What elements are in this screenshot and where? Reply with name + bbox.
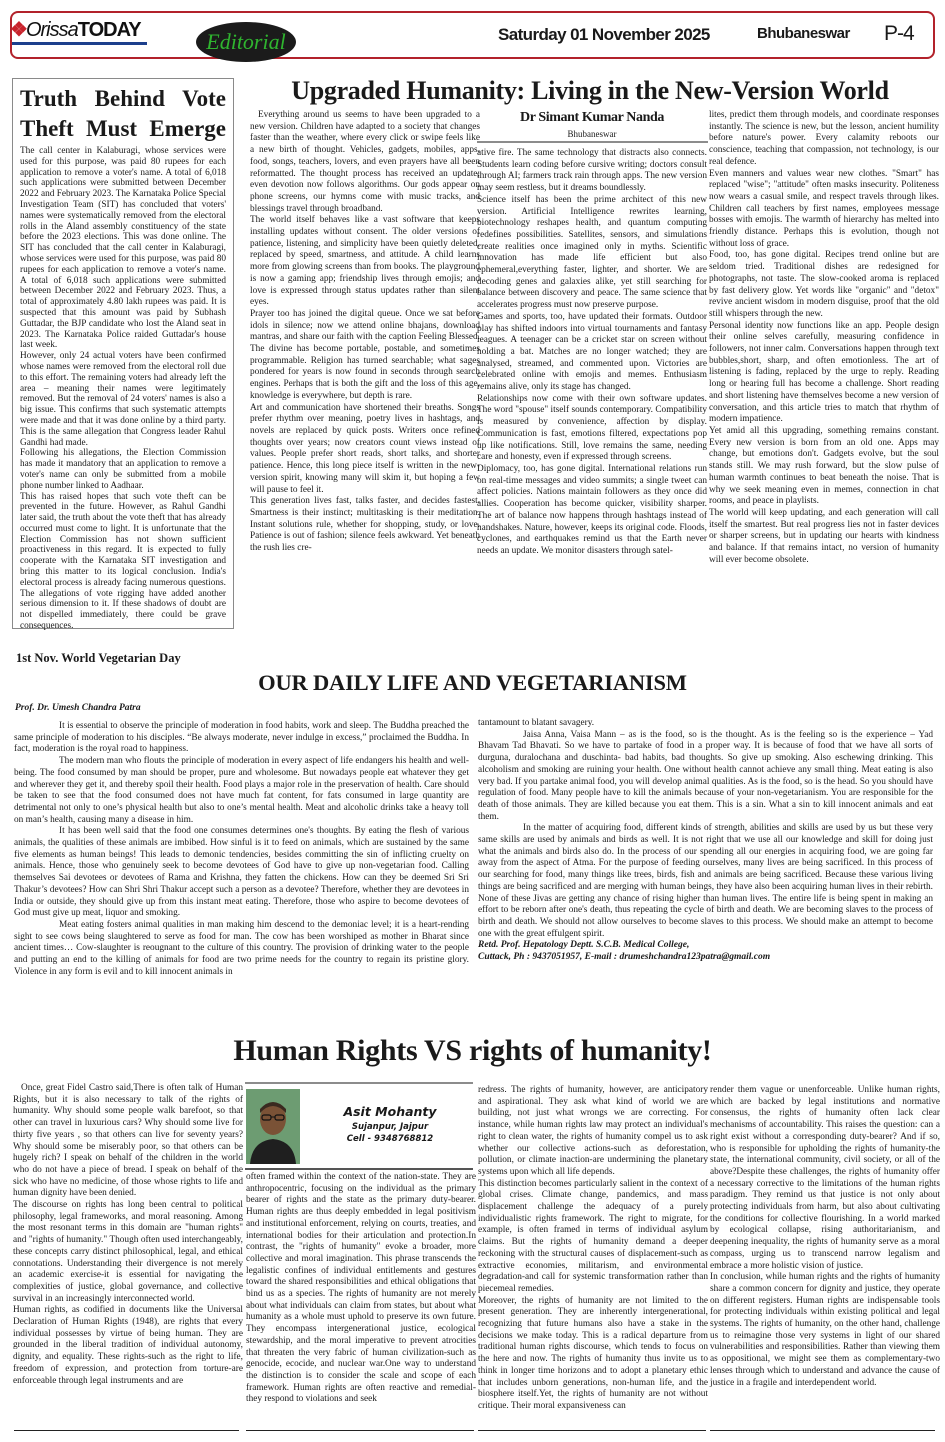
article-paragraph: In the matter of acquiring food, differe…	[478, 823, 933, 940]
editorial-paragraph: This has raised hopes that such vote the…	[20, 492, 226, 632]
article-paragraph: often framed within the context of the n…	[246, 1172, 476, 1406]
article-headline-upgraded: Upgraded Humanity: Living in the New-Ver…	[240, 76, 940, 106]
article-paragraph: Even manners and values wear new clothes…	[709, 169, 939, 251]
article-paragraph: The discourse on rights has long been ce…	[13, 1200, 243, 1305]
author-contact[interactable]: Cuttack, Ph : 9437051957, E-mail : drume…	[478, 952, 933, 964]
article-paragraph: render them vague or unenforceable. Unli…	[710, 1085, 940, 1272]
human-rights-column-2: often framed within the context of the n…	[246, 1172, 476, 1406]
human-rights-byline: Asit Mohanty Sujanpur, Jajpur Cell - 934…	[306, 1104, 474, 1144]
author-place: Sujanpur, Jajpur	[306, 1122, 474, 1132]
article-kicker: 1st Nov. World Vegetarian Day	[16, 651, 181, 666]
upgraded-column-3: lites, predict them through models, and …	[709, 110, 939, 566]
author-place: Bhubaneswar	[477, 129, 707, 139]
vegetarian-column-2: tantamount to blatant savagery. Jaisa An…	[478, 718, 933, 964]
article-paragraph: Relationships now come with their own so…	[477, 394, 707, 464]
article-headline-human-rights: Human Rights VS rights of humanity!	[0, 1034, 945, 1068]
human-rights-column-4: render them vague or unenforceable. Unli…	[710, 1085, 940, 1389]
article-paragraph: This distinction becomes particularly sa…	[478, 1179, 708, 1296]
article-paragraph: Food, too, has gone digital. Recipes tre…	[709, 250, 939, 320]
article-paragraph: It is essential to observe the principle…	[14, 721, 469, 756]
editorial-title: Truth Behind Vote Theft Must Emerge	[20, 84, 226, 144]
section-badge: Editorial	[196, 22, 296, 62]
page-number: P-4	[884, 22, 914, 46]
article-paragraph: tantamount to blatant savagery.	[478, 718, 933, 730]
article-paragraph: Jaisa Anna, Vaisa Mann – as is the food,…	[478, 730, 933, 824]
article-paragraph: In conclusion, while human rights and th…	[710, 1272, 940, 1389]
author-name: Prof. Dr. Umesh Chandra Patra	[15, 703, 141, 713]
author-name: Asit Mohanty	[306, 1104, 474, 1119]
logo-text-today: TODAY	[78, 20, 141, 40]
byline-divider	[477, 141, 708, 143]
column-end-rule	[246, 1430, 474, 1431]
article-paragraph: Meat eating fosters animal qualities in …	[14, 920, 469, 979]
article-paragraph: Science itself has been the prime archit…	[477, 195, 707, 312]
article-headline-vegetarian: OUR DAILY LIFE AND VEGETARIANISM	[0, 670, 945, 696]
column-end-rule	[478, 1430, 706, 1431]
editorial-body: The call center in Kalaburagi, whose ser…	[20, 146, 226, 632]
human-rights-column-1: Once, great Fidel Castro said,There is o…	[13, 1083, 243, 1387]
logo-text-orissa: Orissa	[26, 20, 78, 40]
article-paragraph: The world will keep updating, and each g…	[709, 508, 939, 567]
article-paragraph: Personal identity now functions like an …	[709, 321, 939, 426]
article-paragraph: This generation lives fast, talks faster…	[250, 496, 480, 555]
article-paragraph: Diplomacy, too, has gone digital. Intern…	[477, 464, 707, 558]
article-paragraph: ative fire. The same technology that dis…	[477, 148, 707, 195]
human-rights-column-3: redress. The rights of humanity, however…	[478, 1085, 708, 1413]
author-phone: Cell - 9348768812	[306, 1134, 474, 1144]
article-paragraph: Prayer too has joined the digital queue.…	[250, 309, 480, 403]
vegetarian-column-1: It is essential to observe the principle…	[14, 721, 469, 978]
editorial-paragraph: However, only 24 actual voters have been…	[20, 351, 226, 448]
article-paragraph: Everything around us seems to have been …	[250, 110, 480, 215]
article-paragraph: Human rights, as codified in documents l…	[13, 1305, 243, 1387]
article-paragraph: The world itself behaves like a vast sof…	[250, 215, 480, 309]
article-paragraph: Games and sports, too, have updated thei…	[477, 312, 707, 394]
article-paragraph: Moreover, the rights of humanity are not…	[478, 1296, 708, 1413]
edition-city: Bhubaneswar	[757, 25, 850, 42]
article-paragraph: Yet amid all this upgrading, something r…	[709, 426, 939, 508]
byline-divider	[245, 1168, 473, 1170]
issue-date: Saturday 01 November 2025	[498, 25, 710, 45]
upgraded-column-1: Everything around us seems to have been …	[250, 110, 480, 555]
article-paragraph: The modern man who flouts the principle …	[14, 756, 469, 826]
upgraded-column-2: ative fire. The same technology that dis…	[477, 148, 707, 628]
article-paragraph: It has been well said that the food one …	[14, 826, 469, 920]
author-credentials: Retd. Prof. Hepatology Deptt. S.C.B. Med…	[478, 940, 933, 952]
editorial-paragraph: Following his allegations, the Election …	[20, 448, 226, 491]
column-end-rule	[14, 1430, 239, 1431]
newspaper-logo[interactable]: ❖ Orissa TODAY	[10, 14, 141, 40]
author-name: Dr Simant Kumar Nanda	[477, 110, 707, 126]
person-portrait-icon	[246, 1089, 300, 1164]
editorial-paragraph: The call center in Kalaburagi, whose ser…	[20, 146, 226, 351]
section-label: Editorial	[206, 29, 285, 55]
article-paragraph: Once, great Fidel Castro said,There is o…	[13, 1083, 243, 1200]
editorial-title-line2: Theft Must Emerge	[20, 114, 226, 144]
upgraded-byline: Dr Simant Kumar Nanda Bhubaneswar	[477, 110, 707, 139]
editorial-title-line1: Truth Behind Vote	[20, 84, 226, 114]
article-paragraph: redress. The rights of humanity, however…	[478, 1085, 708, 1179]
logo-underline	[12, 42, 147, 45]
byline-divider	[245, 1082, 473, 1084]
author-photo	[246, 1089, 300, 1164]
article-paragraph: lites, predict them through models, and …	[709, 110, 939, 169]
article-paragraph: Art and communication have shortened the…	[250, 403, 480, 497]
column-end-rule	[710, 1430, 935, 1431]
